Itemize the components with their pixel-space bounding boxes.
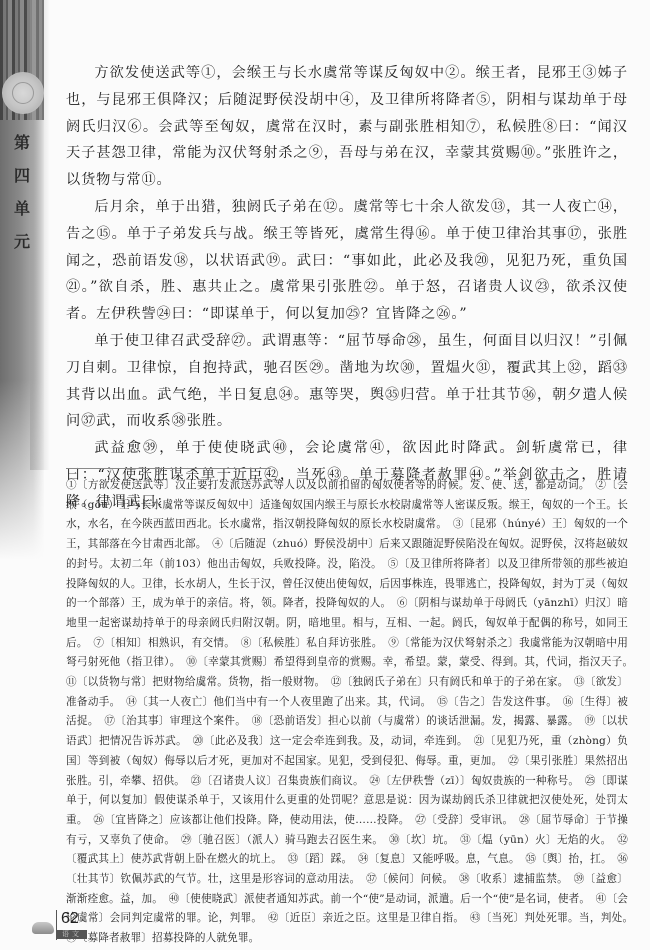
paragraph: 方欲发使送武等①，会缑王与长水虞常等谋反匈奴中②。缑王者，昆邪王③姊子也，与昆邪… [66,60,628,194]
unit-char: 四 [14,163,30,186]
footer-ornament-icon [32,922,54,934]
footnotes: ①〔方欲发使送武等〕汉正要打发派送苏武等人以及以前扣留的匈奴使者等的时候。发、使… [66,476,628,949]
seal-emblem-icon [2,72,44,114]
footnote-divider [66,468,271,469]
footnote-text: ①〔方欲发使送武等〕汉正要打发派送苏武等人以及以前扣留的匈奴使者等的时候。发、使… [66,476,628,949]
unit-char: 元 [14,229,30,252]
page-number: 62 [61,910,79,928]
unit-label: 第 四 单 元 [6,130,38,252]
footer-tag: 语文 [57,930,87,939]
paragraph: 单于使卫律召武受辞㉗。武谓惠等：“屈节辱命㉘，虽生，何面目以归汉！”引佩刀自刺。… [66,328,628,435]
unit-char: 第 [14,130,30,153]
paragraph: 后月余，单于出猎，独阏氏子弟在⑫。虞常等七十余人欲发⑬，其一人夜亡⑭，告之⑮。单… [66,194,628,328]
main-text: 方欲发使送武等①，会缑王与长水虞常等谋反匈奴中②。缑王者，昆邪王③姊子也，与昆邪… [66,60,628,516]
page-footer: 62 语文 [32,908,152,948]
unit-char: 单 [14,196,30,219]
